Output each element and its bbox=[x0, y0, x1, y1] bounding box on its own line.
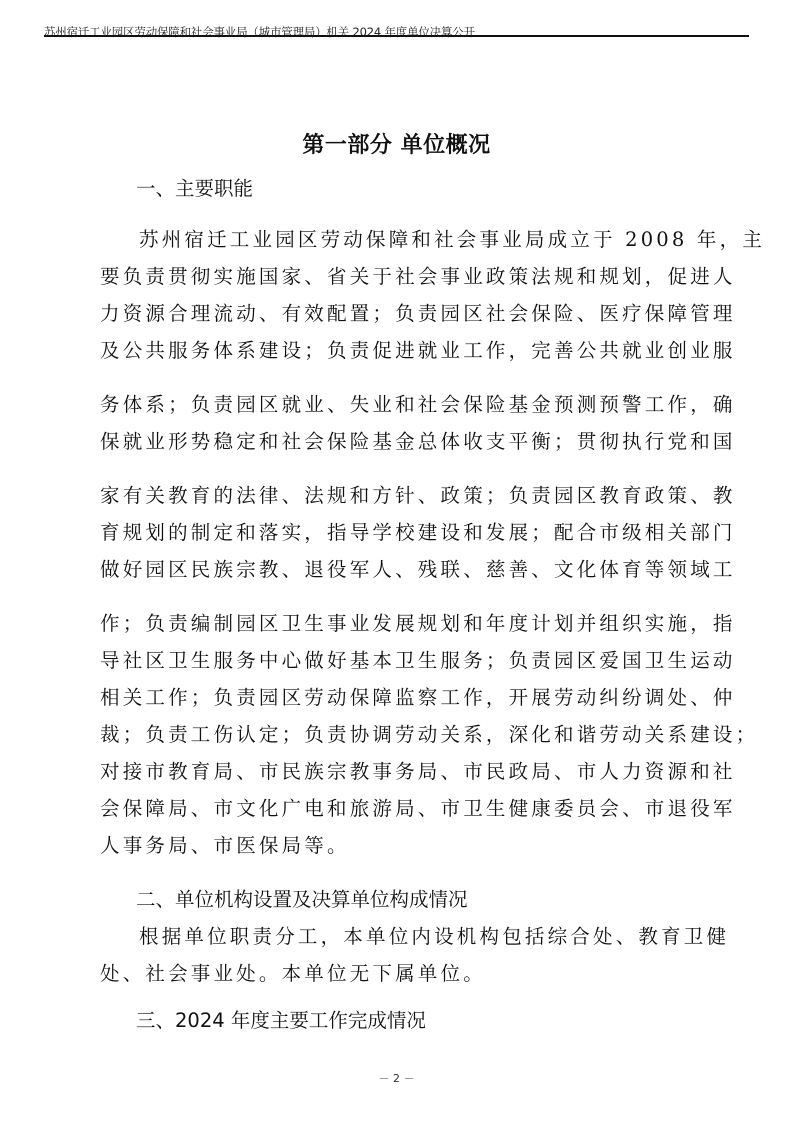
paragraph-line: 育规划的制定和落实，指导学校建设和发展；配合市级相关部门 bbox=[100, 517, 712, 545]
paragraph-line: 裁；负责工伤认定；负责协调劳动关系，深化和谐劳动关系建设； bbox=[100, 719, 712, 747]
page-number: － 2 － bbox=[0, 1070, 793, 1086]
paragraph-line: 做好园区民族宗教、退役军人、残联、慈善、文化体育等领域工 bbox=[100, 554, 712, 582]
paragraph-line: 人事务局、市医保局等。 bbox=[100, 830, 712, 858]
section-heading-1: 一、主要职能 bbox=[136, 173, 253, 201]
paragraph-line: 处、社会事业处。本单位无下属单位。 bbox=[100, 958, 712, 986]
paragraph-line: 会保障局、市文化广电和旅游局、市卫生健康委员会、市退役军 bbox=[100, 793, 712, 821]
paragraph-line: 务体系；负责园区就业、失业和社会保险基金预测预警工作，确 bbox=[100, 389, 712, 417]
section-heading-2: 二、单位机构设置及决算单位构成情况 bbox=[136, 884, 468, 912]
paragraph-line: 导社区卫生服务中心做好基本卫生服务；负责园区爱国卫生运动 bbox=[100, 645, 712, 673]
paragraph-line: 苏州宿迁工业园区劳动保障和社会事业局成立于 2008 年，主 bbox=[139, 224, 751, 252]
paragraph-line: 根据单位职责分工，本单位内设机构包括综合处、教育卫健 bbox=[139, 921, 751, 949]
paragraph-line: 力资源合理流动、有效配置；负责园区社会保险、医疗保障管理 bbox=[100, 298, 712, 326]
paragraph-line: 保就业形势稳定和社会保险基金总体收支平衡；贯彻执行党和国 bbox=[100, 426, 712, 454]
header-divider bbox=[44, 35, 749, 37]
running-header: 苏州宿迁工业园区劳动保障和社会事业局（城市管理局）机关 2024 年度单位决算公… bbox=[44, 24, 749, 40]
section-heading-3: 三、2024 年度主要工作完成情况 bbox=[136, 1005, 426, 1033]
paragraph-line: 相关工作；负责园区劳动保障监察工作，开展劳动纠纷调处、仲 bbox=[100, 682, 712, 710]
paragraph-line: 作；负责编制园区卫生事业发展规划和年度计划并组织实施，指 bbox=[100, 608, 712, 636]
paragraph-line: 及公共服务体系建设；负责促进就业工作，完善公共就业创业服 bbox=[100, 335, 712, 363]
paragraph-line: 家有关教育的法律、法规和方针、政策；负责园区教育政策、教 bbox=[100, 480, 712, 508]
page-title: 第一部分 单位概况 bbox=[0, 128, 793, 159]
paragraph-line: 要负责贯彻实施国家、省关于社会事业政策法规和规划，促进人 bbox=[100, 261, 712, 289]
paragraph-line: 对接市教育局、市民族宗教事务局、市民政局、市人力资源和社 bbox=[100, 756, 712, 784]
